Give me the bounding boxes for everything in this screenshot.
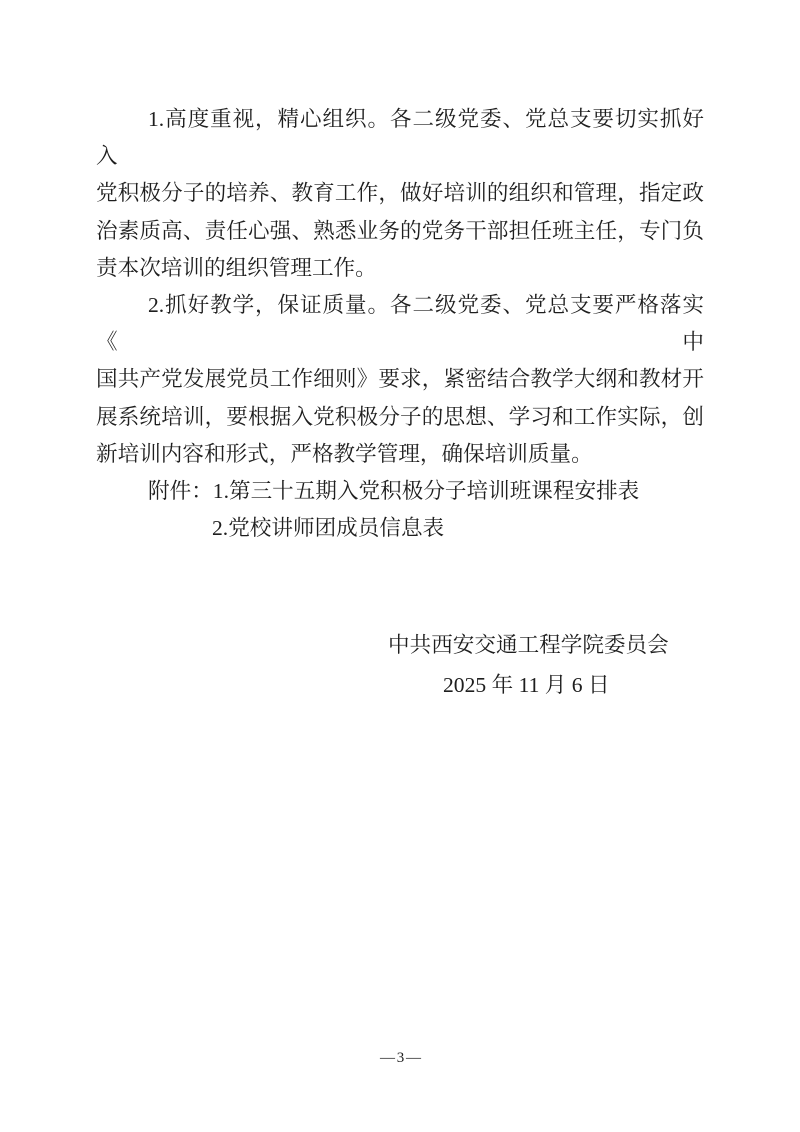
document-page: 1.高度重视，精心组织。各二级党委、党总支要切实抓好入 党积极分子的培养、教育工…	[0, 0, 800, 1132]
paragraph-2-line-3: 展系统培训，要根据入党积极分子的思想、学习和工作实际，创	[96, 399, 704, 436]
paragraph-2-line-2: 国共产党发展党员工作细则》要求，紧密结合教学大纲和教材开	[96, 361, 704, 398]
signature-date: 2025 年 11 月 6 日	[443, 673, 610, 697]
page-number: — 3 —	[0, 1049, 800, 1067]
paragraph-2-line-4: 新培训内容和形式，严格教学管理，确保培训质量。	[96, 436, 704, 473]
paragraph-1-line-1: 1.高度重视，精心组织。各二级党委、党总支要切实抓好入	[96, 101, 704, 175]
attachment-item-1: 1.第三十五期入党积极分子培训班课程安排表	[213, 479, 639, 503]
signature-organization: 中共西安交通工程学院委员会	[388, 633, 669, 657]
paragraph-1-line-4: 责本次培训的组织管理工作。	[96, 250, 704, 287]
paragraph-2-line-1: 2.抓好教学，保证质量。各二级党委、党总支要严格落实《中	[96, 287, 704, 361]
attachments-label: 附件：	[148, 479, 213, 503]
attachment-item-2: 2.党校讲师团成员信息表	[212, 516, 444, 540]
paragraph-1-line-2: 党积极分子的培养、教育工作，做好培训的组织和管理，指定政	[96, 175, 704, 212]
document-body: 1.高度重视，精心组织。各二级党委、党总支要切实抓好入 党积极分子的培养、教育工…	[96, 101, 704, 547]
paragraph-1-line-3: 治素质高、责任心强、熟悉业务的党务干部担任班主任，专门负	[96, 213, 704, 250]
attachments-line-2: 2.党校讲师团成员信息表	[96, 510, 704, 547]
attachments-line-1: 附件：1.第三十五期入党积极分子培训班课程安排表	[96, 473, 704, 510]
